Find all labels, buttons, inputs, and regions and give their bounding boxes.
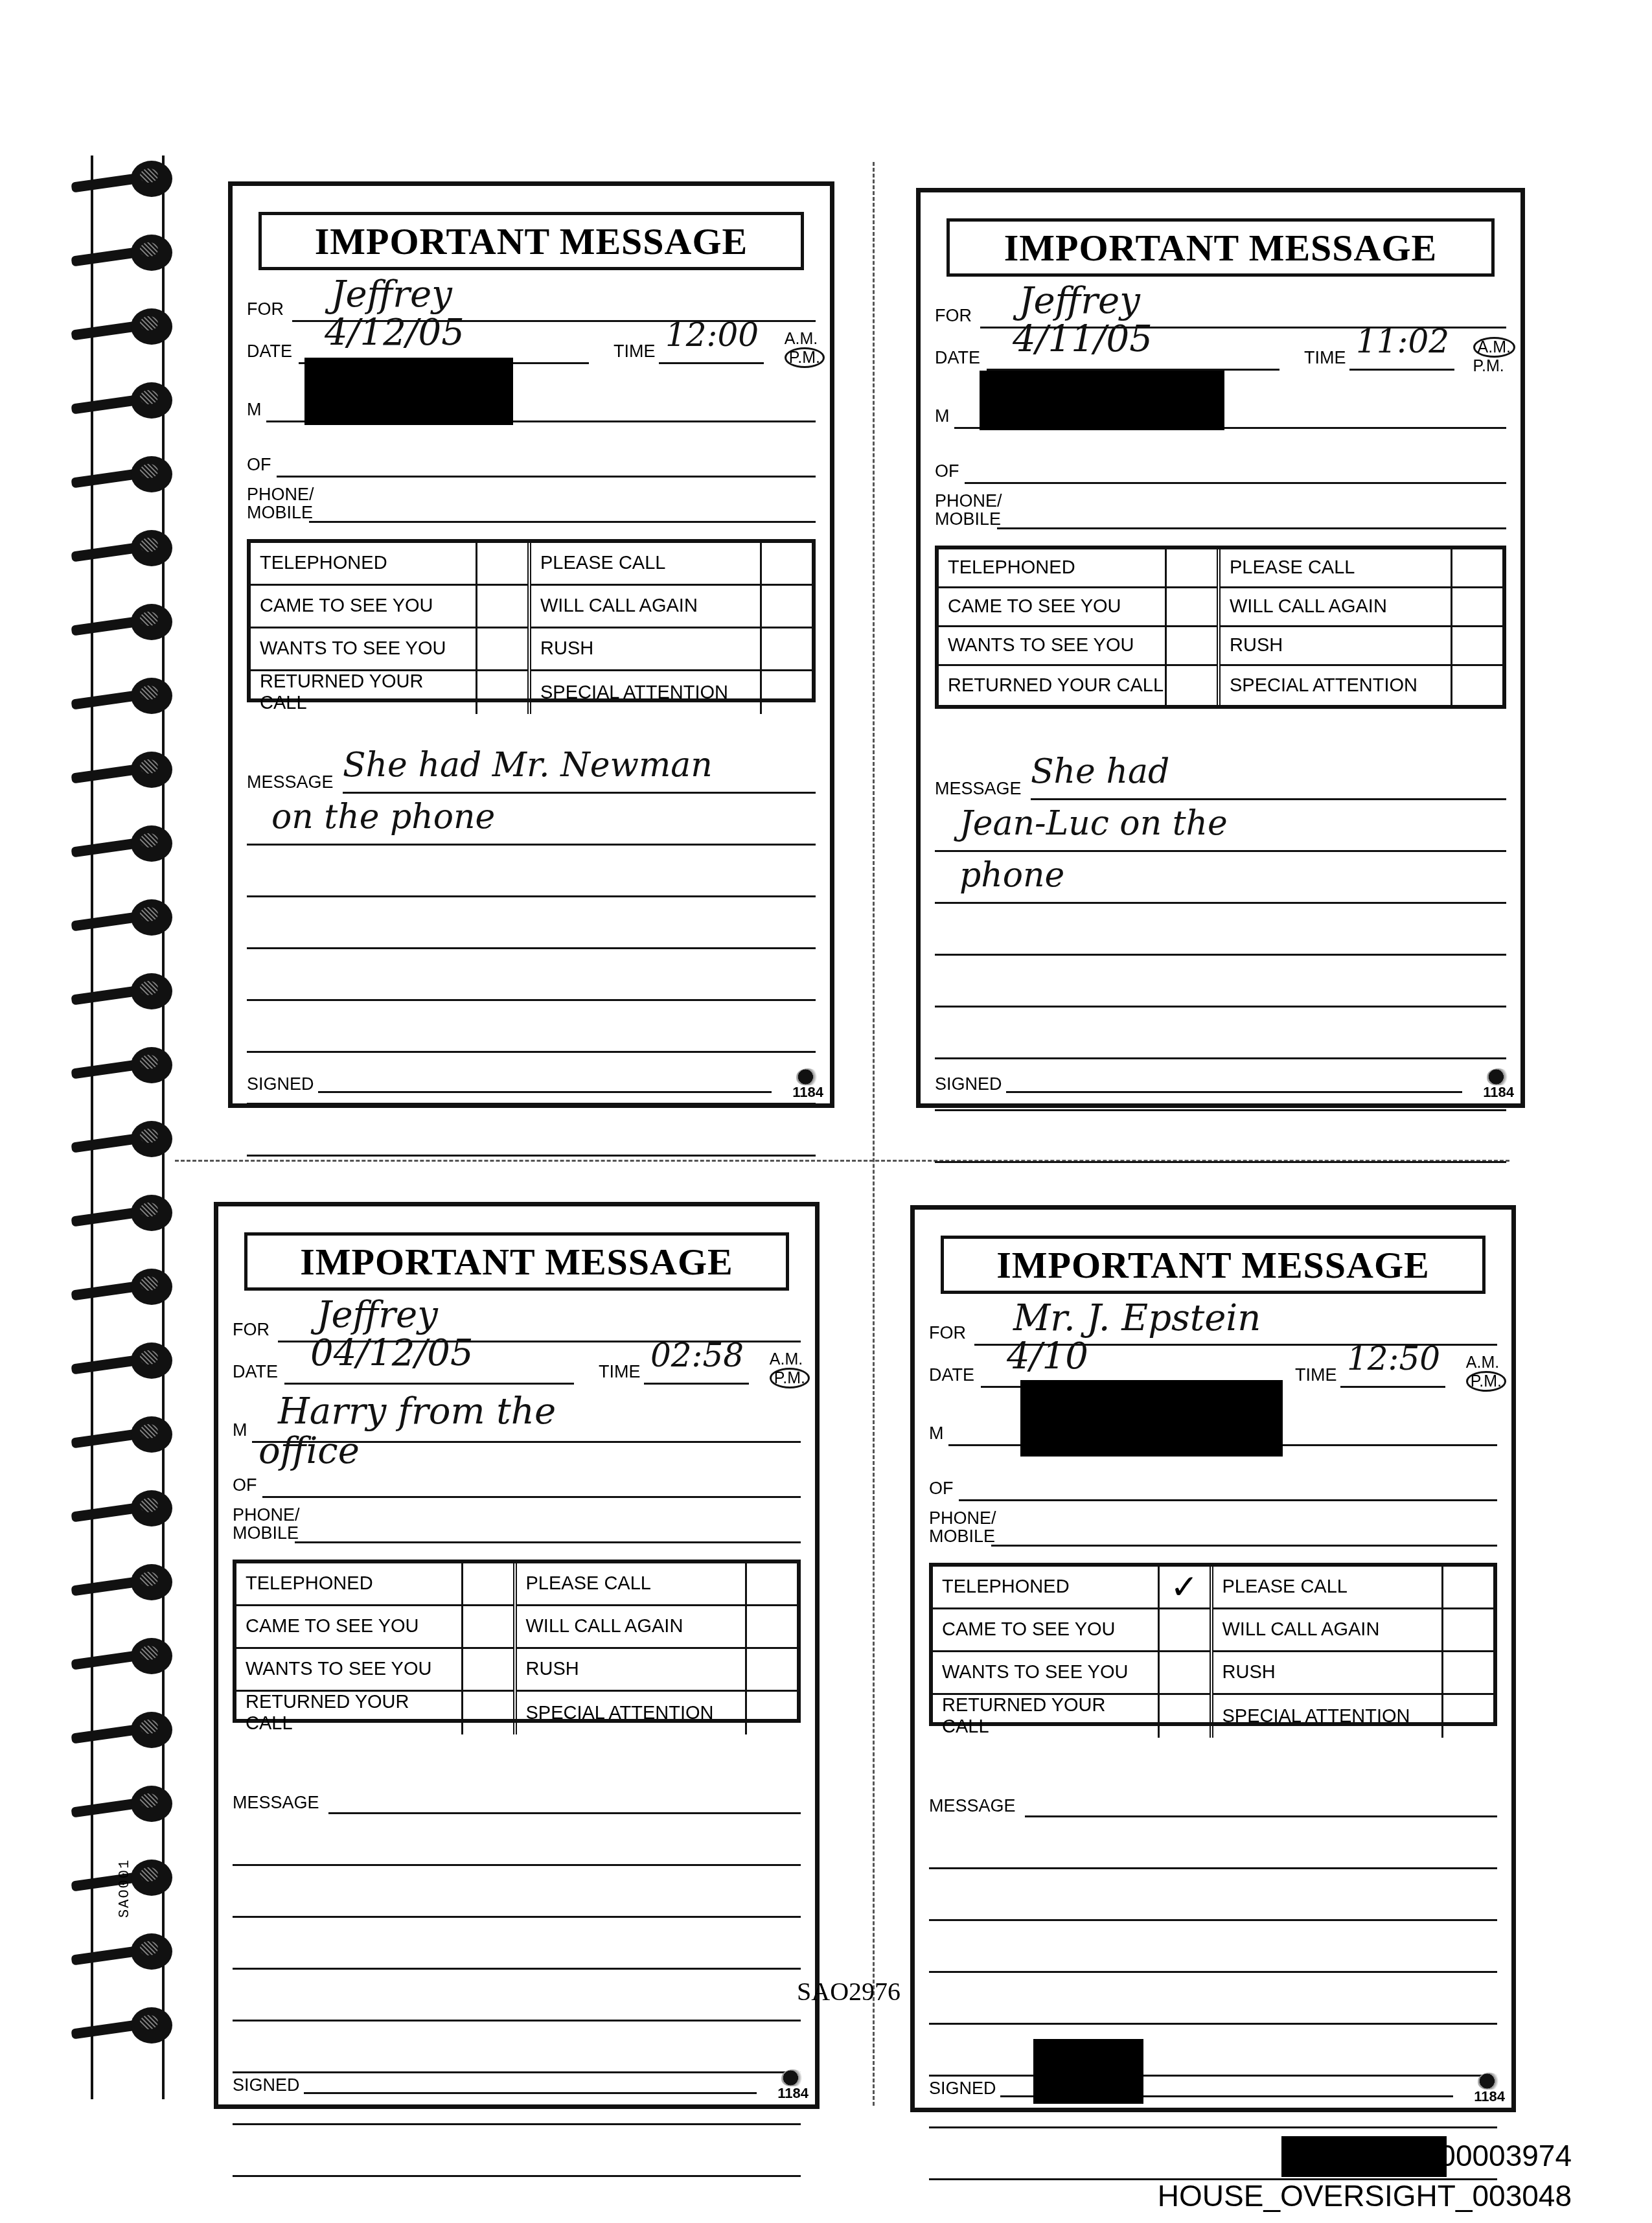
checkbox[interactable]: [1165, 549, 1217, 586]
checkbox[interactable]: [461, 1563, 513, 1604]
checkbox-row: RUSH: [531, 628, 812, 671]
checkbox-label: SPECIAL ATTENTION: [1213, 1695, 1442, 1738]
checkbox[interactable]: [760, 671, 812, 714]
message-slip-bottom-right: IMPORTANT MESSAGE FOR Mr. J. Epstein DAT…: [910, 1205, 1516, 2112]
checkbox[interactable]: [760, 628, 812, 669]
slip-title-box: IMPORTANT MESSAGE: [941, 1236, 1486, 1294]
redaction-block: [980, 371, 1224, 430]
message-line: [247, 999, 816, 1001]
message-line: [328, 1812, 801, 1814]
date-value[interactable]: 4/11/05: [1013, 321, 1153, 358]
message-slip-top-right: IMPORTANT MESSAGE FOR Jeffrey DATE 4/11/…: [916, 188, 1525, 1108]
for-value[interactable]: Jeffrey: [1019, 283, 1140, 319]
checkbox-row: RUSH: [517, 1649, 797, 1692]
checkbox-label: WANTS TO SEE YOU: [236, 1649, 461, 1690]
form-number: 1184: [1474, 2073, 1505, 2104]
checkmark-icon: ✓: [1170, 1568, 1199, 1607]
m-label: M: [929, 1423, 944, 1444]
message-label: MESSAGE: [247, 772, 334, 792]
am-pm-indicator: A.M. P.M.: [785, 330, 825, 368]
phone-row: PHONE/MOBILE: [247, 484, 816, 523]
spiral-coil: [71, 1559, 181, 1604]
checkbox-label: WANTS TO SEE YOU: [939, 627, 1165, 664]
checkbox-label: RETURNED YOUR CALL: [933, 1695, 1158, 1738]
checkbox-row: WANTS TO SEE YOU: [939, 627, 1217, 666]
checkbox[interactable]: [1451, 549, 1502, 586]
checkbox[interactable]: [1441, 1609, 1493, 1650]
checkbox-label: PLEASE CALL: [1213, 1567, 1442, 1607]
spiral-coil: [71, 1485, 181, 1530]
slip-title: IMPORTANT MESSAGE: [315, 220, 748, 263]
checkbox-label: RETURNED YOUR CALL: [251, 671, 476, 714]
checkbox-label: TELEPHONED: [939, 549, 1165, 586]
spiral-coil: [71, 1780, 181, 1826]
checkbox-grid: TELEPHONED CAME TO SEE YOU WANTS TO SEE …: [935, 546, 1506, 709]
message-line: [929, 2023, 1497, 2025]
of-row: OF: [929, 1462, 1497, 1501]
message-line: [233, 2123, 801, 2125]
checkbox[interactable]: [476, 628, 527, 669]
checkbox-row: WILL CALL AGAIN: [531, 586, 812, 628]
am-pm-indicator: A.M. P.M.: [770, 1351, 810, 1388]
spiral-coil: [71, 820, 181, 866]
form-number: 1184: [777, 2069, 809, 2101]
checkbox[interactable]: [1451, 627, 1502, 664]
checkbox[interactable]: [760, 543, 812, 584]
for-value[interactable]: Mr. J. Epstein: [1013, 1300, 1261, 1337]
checkbox[interactable]: ✓: [1158, 1567, 1210, 1607]
spiral-coil: [71, 1042, 181, 1087]
slip-title: IMPORTANT MESSAGE: [1004, 226, 1438, 270]
checkbox-label: CAME TO SEE YOU: [236, 1606, 461, 1647]
time-value[interactable]: 02:58: [650, 1339, 744, 1372]
checkbox-row: SPECIAL ATTENTION: [531, 671, 812, 714]
message-line: [343, 792, 816, 794]
checkbox-row: PLEASE CALL: [1213, 1567, 1494, 1609]
redaction-block: [1020, 1380, 1283, 1457]
checkbox[interactable]: [461, 1606, 513, 1647]
slip-title: IMPORTANT MESSAGE: [996, 1243, 1430, 1287]
signed-line: [304, 2092, 757, 2094]
checkbox[interactable]: [1451, 666, 1502, 705]
spiral-coil: [71, 1707, 181, 1752]
date-value[interactable]: 4/10: [1007, 1339, 1088, 1375]
checkbox-row: WILL CALL AGAIN: [517, 1606, 797, 1649]
checkbox-label: WILL CALL AGAIN: [531, 586, 760, 627]
checkbox-label: TELEPHONED: [251, 543, 476, 584]
spiral-coil: [71, 2002, 181, 2047]
message-line: [929, 1919, 1497, 1921]
message-line: [935, 1006, 1506, 1008]
message-line: [247, 947, 816, 949]
signed-label: SIGNED: [929, 2079, 996, 2099]
of-row: OF: [935, 445, 1506, 484]
checkbox-label: TELEPHONED: [933, 1567, 1158, 1607]
checkbox[interactable]: [1451, 588, 1502, 625]
spiral-coil: [71, 1116, 181, 1161]
of-label: OF: [929, 1479, 954, 1499]
am-pm-indicator: A.M. P.M.: [1466, 1354, 1506, 1392]
message-slip-top-left: IMPORTANT MESSAGE FOR Jeffrey DATE 4/12/…: [228, 181, 834, 1108]
checkbox-row: WANTS TO SEE YOU: [933, 1652, 1210, 1695]
message-line: [233, 2071, 801, 2073]
m-label: M: [935, 406, 950, 426]
checkbox-row: CAME TO SEE YOU: [251, 586, 527, 628]
phone-label: PHONE/MOBILE: [929, 1509, 996, 1545]
margin-code: SAO001: [117, 1859, 133, 1918]
am-label: A.M.: [785, 330, 825, 347]
time-label: TIME: [599, 1362, 641, 1382]
phone-label: PHONE/MOBILE: [247, 485, 314, 522]
phone-row: PHONE/MOBILE: [233, 1504, 801, 1543]
house-oversight-id: HOUSE_OVERSIGHT_003048: [1158, 2178, 1572, 2213]
message-text: on the phone: [271, 800, 495, 834]
message-slip-bottom-left: IMPORTANT MESSAGE FOR Jeffrey DATE 04/12…: [214, 1202, 820, 2109]
of-label: OF: [233, 1475, 257, 1495]
checkbox-label: PLEASE CALL: [531, 543, 760, 584]
m-value[interactable]: Harry from the: [278, 1394, 556, 1430]
message-text: She had Mr. Newman: [343, 748, 713, 782]
phone-row: PHONE/MOBILE: [935, 490, 1506, 529]
checkbox-row: WILL CALL AGAIN: [1213, 1609, 1494, 1652]
message-line: [247, 1051, 816, 1053]
spiral-coil: [71, 1928, 181, 1974]
checkbox[interactable]: [1165, 627, 1217, 664]
bates-number: 00003974: [1439, 2138, 1572, 2173]
checkbox-label: RUSH: [517, 1649, 746, 1690]
checkbox[interactable]: [745, 1692, 797, 1734]
checkbox-row: PLEASE CALL: [1221, 549, 1502, 588]
spiral-binding: [65, 155, 181, 2099]
spiral-coil: [71, 1190, 181, 1235]
checkbox-row: TELEPHONED: [939, 549, 1217, 588]
checkbox-label: WILL CALL AGAIN: [517, 1606, 746, 1647]
checkbox-label: TELEPHONED: [236, 1563, 461, 1604]
checkbox-label: RUSH: [1213, 1652, 1442, 1693]
checkbox-grid: TELEPHONED CAME TO SEE YOU WANTS TO SEE …: [233, 1560, 801, 1723]
checkbox-label: WILL CALL AGAIN: [1221, 588, 1451, 625]
signed-label: SIGNED: [935, 1074, 1002, 1094]
spiral-coil: [71, 1633, 181, 1678]
message-line: [935, 902, 1506, 904]
checkbox[interactable]: [745, 1563, 797, 1604]
message-line: [233, 1968, 801, 1970]
slip-title-box: IMPORTANT MESSAGE: [244, 1232, 789, 1291]
message-line: [247, 844, 816, 846]
spiral-coil: [71, 377, 181, 422]
checkbox[interactable]: [476, 586, 527, 627]
spiral-coil: [71, 303, 181, 349]
time-label: TIME: [614, 341, 656, 362]
am-pm-indicator: A.M. P.M.: [1473, 337, 1515, 374]
message-line: [935, 954, 1506, 956]
signed-line: [1006, 1091, 1462, 1093]
signed-label: SIGNED: [247, 1074, 314, 1094]
message-text: phone: [959, 858, 1064, 892]
checkbox[interactable]: [461, 1692, 513, 1734]
message-line: [247, 895, 816, 897]
spiral-coil: [71, 1411, 181, 1457]
form-number: 1184: [792, 1068, 823, 1100]
pm-label: P.M.: [1466, 1371, 1506, 1392]
slip-title-box: IMPORTANT MESSAGE: [258, 212, 804, 270]
spiral-coil: [71, 229, 181, 275]
checkbox-grid: TELEPHONED CAME TO SEE YOU WANTS TO SEE …: [247, 539, 816, 702]
time-value[interactable]: 12:50: [1347, 1342, 1440, 1375]
checkbox[interactable]: [745, 1606, 797, 1647]
date-time-row: DATE 04/12/05 TIME 02:58 A.M. P.M.: [233, 1346, 801, 1385]
spiral-coil: [71, 1337, 181, 1383]
checkbox[interactable]: [745, 1649, 797, 1690]
checkbox-label: SPECIAL ATTENTION: [531, 671, 760, 714]
for-value[interactable]: Jeffrey: [331, 277, 452, 313]
message-label: MESSAGE: [929, 1796, 1016, 1816]
of-row: OF: [247, 439, 816, 478]
of-label: OF: [247, 455, 271, 475]
message-line: [929, 1971, 1497, 1973]
signed-label: SIGNED: [233, 2075, 300, 2095]
message-line: [935, 1109, 1506, 1111]
checkbox-label: RUSH: [1221, 627, 1451, 664]
checkbox-label: PLEASE CALL: [1221, 549, 1451, 586]
message-line: [233, 1864, 801, 1866]
redaction-block: [1033, 2039, 1143, 2104]
message-text: Jean-Luc on the: [959, 807, 1228, 840]
checkbox-label: WANTS TO SEE YOU: [933, 1652, 1158, 1693]
spiral-coil: [71, 155, 181, 201]
m-label: M: [233, 1420, 247, 1440]
checkbox-label: RETURNED YOUR CALL: [236, 1692, 461, 1734]
message-label: MESSAGE: [233, 1793, 319, 1813]
checkbox-row: CAME TO SEE YOU: [939, 588, 1217, 627]
message-line: [929, 2075, 1497, 2077]
of-row: OF office: [233, 1459, 801, 1498]
spiral-coil: [71, 451, 181, 496]
date-label: DATE: [929, 1365, 974, 1385]
message-line: [247, 1155, 816, 1157]
checkbox-row: SPECIAL ATTENTION: [1221, 666, 1502, 705]
spiral-coil: [71, 968, 181, 1013]
slip-title-box: IMPORTANT MESSAGE: [946, 218, 1495, 277]
checkbox-row: RETURNED YOUR CALL: [933, 1695, 1210, 1738]
checkbox-row: CAME TO SEE YOU: [236, 1606, 513, 1649]
am-label: A.M.: [1466, 1354, 1506, 1371]
checkbox-row: SPECIAL ATTENTION: [517, 1692, 797, 1734]
checkbox-row: TELEPHONED: [251, 543, 527, 586]
date-label: DATE: [233, 1362, 278, 1382]
checkbox-row: PLEASE CALL: [531, 543, 812, 586]
time-value[interactable]: 12:00: [665, 319, 759, 351]
for-label: FOR: [233, 1320, 270, 1340]
time-value[interactable]: 11:02: [1356, 325, 1449, 358]
redaction-block: [304, 358, 513, 425]
m-label: M: [247, 400, 262, 420]
checkbox-row: WILL CALL AGAIN: [1221, 588, 1502, 627]
message-line: [935, 850, 1506, 852]
checkbox[interactable]: [1165, 666, 1217, 705]
message-line: [233, 2020, 801, 2021]
of-label: OF: [935, 461, 959, 481]
message-line: [1031, 798, 1506, 800]
time-label: TIME: [1295, 1365, 1337, 1385]
redaction-block: [1281, 2136, 1447, 2177]
checkbox-row: RUSH: [1221, 627, 1502, 666]
checkbox-row: RETURNED YOUR CALL: [251, 671, 527, 714]
message-line: [247, 1103, 816, 1105]
checkbox[interactable]: [476, 543, 527, 584]
spiral-coil: [71, 1263, 181, 1309]
phone-label: PHONE/MOBILE: [935, 492, 1002, 528]
sao-stamp: SAO2976: [797, 1976, 901, 2007]
checkbox[interactable]: [1441, 1652, 1493, 1693]
message-label: MESSAGE: [935, 779, 1022, 799]
for-label: FOR: [929, 1323, 966, 1343]
message-line: [935, 1161, 1506, 1163]
pm-label: P.M.: [1473, 358, 1515, 374]
checkbox-row: RETURNED YOUR CALL: [939, 666, 1217, 705]
adams-logo-icon: [781, 2069, 805, 2086]
message-line: [233, 1916, 801, 1918]
checkbox-row: RETURNED YOUR CALL: [236, 1692, 513, 1734]
spiral-coil: [71, 746, 181, 792]
adams-logo-icon: [1478, 2073, 1501, 2090]
checkbox-label: CAME TO SEE YOU: [251, 586, 476, 627]
checkbox-label: RETURNED YOUR CALL: [939, 666, 1165, 705]
signed-line: [318, 1091, 772, 1093]
of-value[interactable]: office: [258, 1433, 360, 1469]
checkbox-label: CAME TO SEE YOU: [939, 588, 1165, 625]
checkbox[interactable]: [476, 671, 527, 714]
am-label: A.M.: [770, 1351, 810, 1368]
message-line: [929, 2126, 1497, 2128]
checkbox-label: SPECIAL ATTENTION: [1221, 666, 1451, 705]
time-label: TIME: [1304, 348, 1346, 368]
checkbox-label: PLEASE CALL: [517, 1563, 746, 1604]
adams-logo-icon: [796, 1068, 820, 1085]
date-value[interactable]: 4/12/05: [325, 315, 465, 351]
checkbox-label: WANTS TO SEE YOU: [251, 628, 476, 669]
checkbox-row: CAME TO SEE YOU: [933, 1609, 1210, 1652]
phone-row: PHONE/MOBILE: [929, 1508, 1497, 1547]
for-value[interactable]: Jeffrey: [317, 1297, 438, 1333]
date-value[interactable]: 04/12/05: [310, 1335, 474, 1372]
checkbox-row: TELEPHONED: [236, 1563, 513, 1606]
checkbox[interactable]: [1158, 1695, 1210, 1738]
for-label: FOR: [935, 306, 972, 326]
phone-label: PHONE/MOBILE: [233, 1506, 300, 1542]
checkbox[interactable]: [1158, 1609, 1210, 1650]
checkbox[interactable]: [1441, 1695, 1493, 1738]
for-label: FOR: [247, 299, 284, 319]
date-label: DATE: [247, 341, 292, 362]
perforation-vertical: [873, 162, 875, 2106]
checkbox-row: WANTS TO SEE YOU: [251, 628, 527, 671]
checkbox-row: PLEASE CALL: [517, 1563, 797, 1606]
spiral-coil: [71, 673, 181, 718]
checkbox-row: WANTS TO SEE YOU: [236, 1649, 513, 1692]
message-line: [1025, 1815, 1497, 1817]
checkbox-label: CAME TO SEE YOU: [933, 1609, 1158, 1650]
checkbox-row: SPECIAL ATTENTION: [1213, 1695, 1494, 1738]
checkbox-label: RUSH: [531, 628, 760, 669]
date-label: DATE: [935, 348, 980, 368]
slip-title: IMPORTANT MESSAGE: [300, 1240, 733, 1284]
message-line: [935, 1057, 1506, 1059]
message-text: She had: [1031, 755, 1169, 789]
message-line: [929, 1867, 1497, 1869]
checkbox[interactable]: [1158, 1652, 1210, 1693]
checkbox-row: TELEPHONED ✓: [933, 1567, 1210, 1609]
spiral-coil: [71, 599, 181, 644]
form-number: 1184: [1483, 1068, 1514, 1100]
message-line: [233, 2175, 801, 2177]
checkbox[interactable]: [1165, 588, 1217, 625]
checkbox[interactable]: [461, 1649, 513, 1690]
checkbox[interactable]: [760, 586, 812, 627]
am-label: A.M.: [1473, 337, 1515, 358]
pm-label: P.M.: [770, 1368, 810, 1388]
checkbox-row: RUSH: [1213, 1652, 1494, 1695]
checkbox-label: SPECIAL ATTENTION: [517, 1692, 746, 1734]
checkbox-label: WILL CALL AGAIN: [1213, 1609, 1442, 1650]
date-time-row: DATE 4/11/05 TIME 11:02 A.M. P.M.: [935, 332, 1506, 371]
spiral-coil: [71, 525, 181, 570]
checkbox[interactable]: [1441, 1567, 1493, 1607]
pm-label: P.M.: [785, 347, 825, 368]
checkbox-grid: TELEPHONED ✓ CAME TO SEE YOU WANTS TO SE…: [929, 1563, 1497, 1726]
spiral-coil: [71, 894, 181, 939]
adams-logo-icon: [1487, 1068, 1510, 1085]
